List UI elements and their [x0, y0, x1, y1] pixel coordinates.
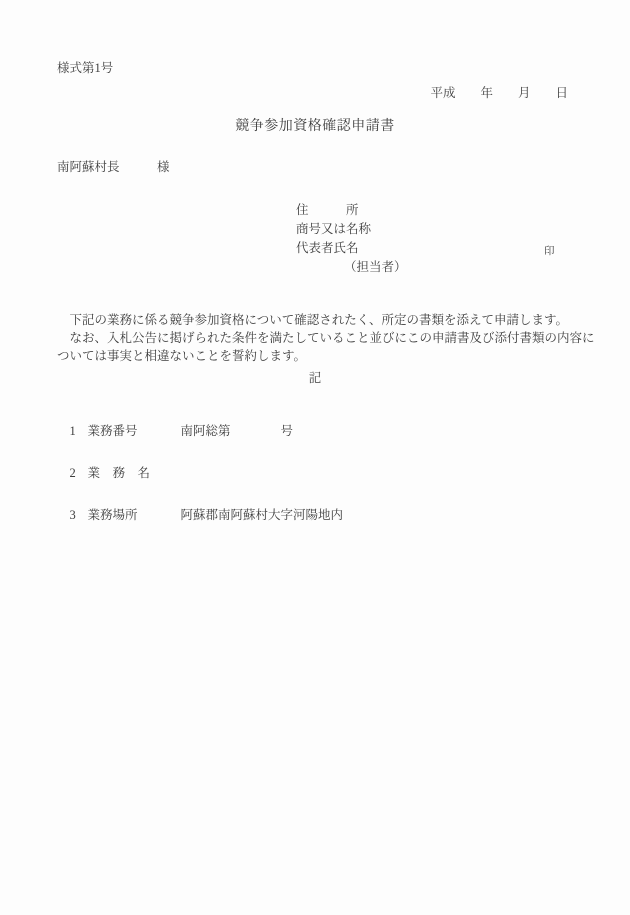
item-number: 3 — [70, 508, 88, 523]
pledge-paragraph-line: ついては事実と相違ないことを誓約します。 — [57, 349, 306, 364]
item-label: 業務番号 — [88, 424, 181, 439]
form-number: 様式第1号 — [57, 61, 113, 76]
pledge-paragraph-line: なお、入札公告に掲げられた条件を満たしていること並びにこの申請書及び添付書類の内… — [57, 331, 595, 346]
item-number: 2 — [70, 466, 88, 481]
item-row-business-number: 1業務番号南阿総第 号 — [57, 409, 293, 454]
pledge-paragraph-line: 下記の業務に係る競争参加資格について確認されたく、所定の書類を添えて申請します。 — [57, 313, 568, 328]
addressee-line: 南阿蘇村長 様 — [57, 160, 170, 175]
item-label: 業 務 名 — [88, 466, 181, 481]
date-line: 平成 年 月 日 — [430, 86, 568, 101]
item-number: 1 — [70, 424, 88, 439]
representative-label: 代表者氏名 — [296, 241, 359, 256]
seal-mark: 印 — [544, 244, 555, 259]
item-row-business-name: 2業 務 名 — [57, 451, 181, 496]
contact-person-label: （担当者） — [344, 260, 407, 275]
item-row-business-location: 3業務場所阿蘇郡南阿蘇村大字河陽地内 — [57, 493, 343, 538]
item-value: 阿蘇郡南阿蘇村大字河陽地内 — [181, 508, 344, 522]
trade-name-label: 商号又は名称 — [296, 222, 371, 237]
document-title: 競争参加資格確認申請書 — [0, 119, 630, 134]
document-page: 様式第1号 平成 年 月 日 競争参加資格確認申請書 南阿蘇村長 様 住 所 商… — [0, 0, 630, 915]
note-heading: 記 — [0, 371, 630, 386]
address-label: 住 所 — [296, 203, 359, 218]
item-label: 業務場所 — [88, 508, 181, 523]
item-value: 南阿総第 号 — [181, 424, 294, 438]
